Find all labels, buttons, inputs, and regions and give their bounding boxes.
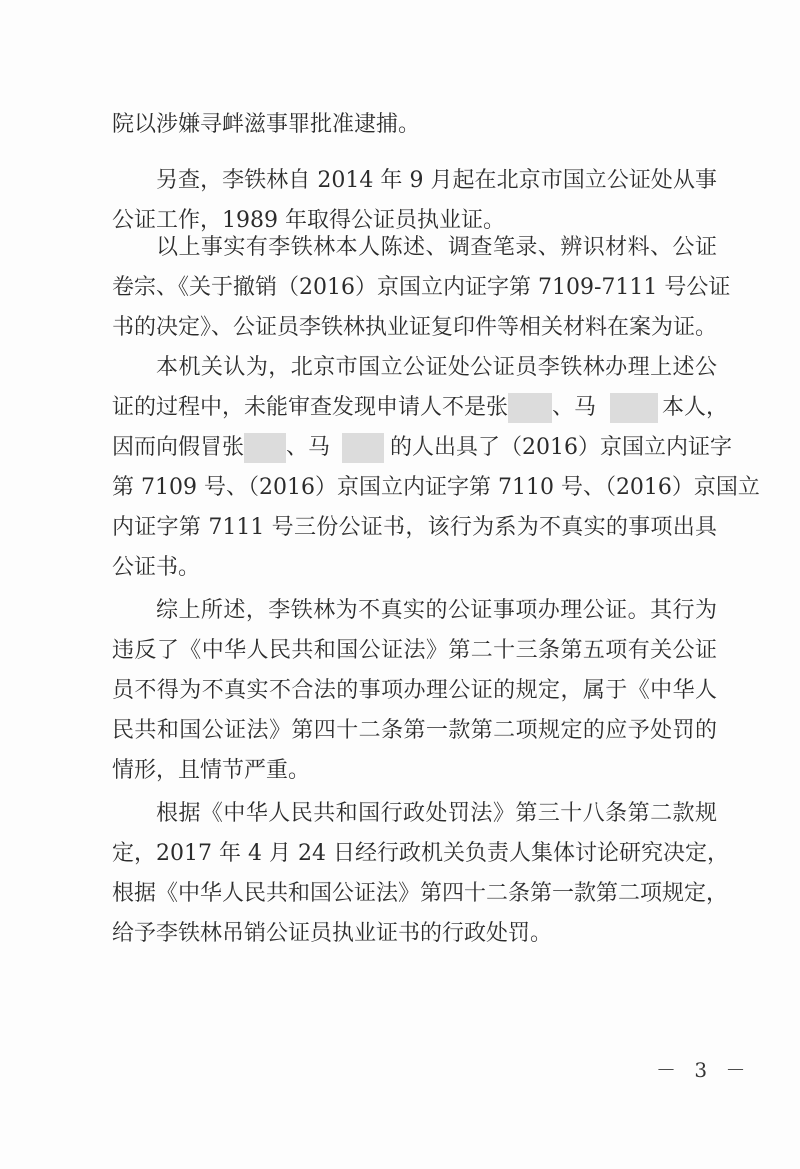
text-line-with-redactions: 证的过程中，未能审查发现申请人不是张、马本人，	[112, 393, 717, 423]
text-line: 内证字第 7111 号三份公证书，该行为系为不真实的事项出具	[112, 513, 717, 543]
redaction-box	[342, 433, 384, 463]
page-number: － 3 －	[656, 1054, 751, 1083]
text-line: 定，2017 年 4 月 24 日经行政机关负责人集体讨论研究决定，	[112, 839, 717, 869]
text-segment: 证的过程中，未能审查发现申请人不是张	[112, 395, 508, 420]
text-segment: 本人，	[662, 395, 728, 420]
text-line: 卷宗、《关于撤销（2016）京国立内证字第 7109-7111 号公证	[112, 273, 717, 303]
text-line: 根据《中华人民共和国行政处罚法》第三十八条第二款规	[156, 799, 717, 829]
redaction-box	[508, 393, 552, 423]
text-line: 书的决定》、公证员李铁林执业证复印件等相关材料在案为证。	[112, 313, 717, 343]
text-line: 情形，且情节严重。	[112, 756, 717, 786]
text-line: 员不得为不真实不合法的事项办理公证的规定，属于《中华人	[112, 676, 717, 706]
document-page: 院以涉嫌寻衅滋事罪批准逮捕。 另查，李铁林自 2014 年 9 月起在北京市国立…	[0, 0, 800, 1169]
text-line: 民共和国公证法》第四十二条第一款第二项规定的应予处罚的	[112, 716, 717, 746]
text-segment: 、马	[552, 395, 596, 420]
text-line: 根据《中华人民共和国公证法》第四十二条第一款第二项规定，	[112, 879, 717, 909]
text-line: 另查，李铁林自 2014 年 9 月起在北京市国立公证处从事	[156, 166, 717, 196]
text-line: 违反了《中华人民共和国公证法》第二十三条第五项有关公证	[112, 636, 717, 666]
text-line-with-redactions: 因而向假冒张、马的人出具了（2016）京国立内证字	[112, 433, 717, 463]
text-line: 本机关认为，北京市国立公证处公证员李铁林办理上述公	[156, 353, 717, 383]
text-line: 给予李铁林吊销公证员执业证书的行政处罚。	[112, 919, 717, 949]
text-line: 公证工作，1989 年取得公证员执业证。	[112, 206, 717, 236]
text-segment: 因而向假冒张	[112, 435, 244, 460]
text-line: 以上事实有李铁林本人陈述、调查笔录、辨识材料、公证	[156, 233, 717, 263]
text-segment: 的人出具了（2016）京国立内证字	[390, 435, 732, 460]
text-line: 院以涉嫌寻衅滋事罪批准逮捕。	[112, 110, 717, 140]
text-line: 第 7109 号、（2016）京国立内证字第 7110 号、（2016）京国立	[112, 473, 717, 503]
text-line: 综上所述，李铁林为不真实的公证事项办理公证。其行为	[156, 596, 717, 626]
text-segment: 、马	[286, 435, 330, 460]
redaction-box	[610, 393, 658, 423]
redaction-box	[244, 433, 286, 463]
text-line: 公证书。	[112, 553, 717, 583]
